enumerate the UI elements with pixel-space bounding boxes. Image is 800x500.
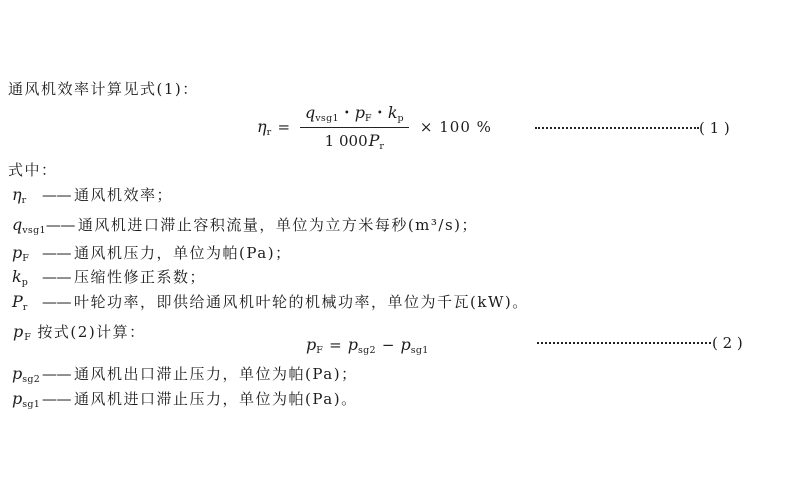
definition-row-eta: ηr——通风机效率； (12, 184, 173, 206)
definition-dash: —— (42, 268, 71, 286)
definition-dash: —— (46, 216, 75, 234)
eq1-lhs-sub: r (267, 127, 272, 138)
eq1-lhs-var: η (257, 117, 267, 136)
symbol-sub: sg1 (22, 399, 40, 410)
definition-text: 通风机压力，单位为帕(Pa)； (74, 244, 292, 262)
eq1-denominator: 1 000Pr (300, 128, 409, 152)
definition-symbol: Pr (12, 292, 42, 313)
eq1-den-var: P (369, 131, 380, 150)
equation-1: ηr = qvsg1•pF•kp 1 000Pr × 100 % (257, 101, 492, 153)
symbol-sub: sg2 (22, 374, 40, 385)
definition-row-pF: pF——通风机压力，单位为帕(Pa)； (12, 242, 292, 264)
eq1-fraction: qvsg1•pF•kp 1 000Pr (300, 103, 409, 152)
eq1-times-percent: × 100 % (420, 118, 492, 136)
multiply-dot-icon: • (344, 108, 350, 119)
symbol-sub: vsg1 (22, 225, 46, 236)
definition-row-kp: kp——压缩性修正系数； (12, 266, 206, 288)
definition-text: 叶轮功率，即供给通风机叶轮的机械功率，单位为千瓦(kW)。 (74, 293, 529, 311)
multiply-dot-icon: • (377, 108, 383, 119)
symbol-var: p (12, 243, 22, 262)
dots-leader-1 (535, 127, 699, 129)
eq2-intro-var: p (13, 322, 24, 341)
symbol-var: η (12, 185, 22, 204)
symbol-var: P (12, 292, 23, 311)
definition-symbol: ηr (12, 185, 42, 206)
definition-symbol: psg2 (12, 364, 42, 385)
eq1-number: ( 1 ) (699, 119, 730, 137)
eq1-num-sub1: vsg1 (315, 113, 339, 124)
symbol-sub: p (22, 277, 28, 288)
symbol-sub: r (23, 302, 28, 313)
where-label: 式中： (8, 159, 58, 180)
eq2-minus: − (382, 336, 395, 354)
eq1-num-var3: k (388, 103, 398, 122)
equation-2: pF=psg2−psg1 (306, 335, 429, 356)
symbol-var: q (12, 215, 22, 234)
eq1-equals: = (277, 118, 290, 136)
document-page: 通风机效率计算见式(1)： ηr = qvsg1•pF•kp 1 000Pr ×… (0, 0, 800, 500)
intro-text: 通风机效率计算见式(1)： (8, 78, 199, 99)
symbol-var: k (12, 267, 22, 286)
definition-symbol: kp (12, 267, 42, 288)
definition-dash: —— (42, 390, 71, 408)
eq1-lhs: ηr (257, 117, 271, 138)
eq1-num-sub2: F (365, 113, 372, 124)
eq2-var1: p (306, 335, 316, 354)
eq2-var2: p (348, 335, 358, 354)
symbol-sub: r (22, 195, 27, 206)
eq1-den-sub: r (379, 141, 384, 152)
definition-text: 通风机出口滞止压力，单位为帕(Pa)； (74, 365, 358, 383)
definition-text: 通风机进口滞止容积流量，单位为立方米每秒(m³/s)； (78, 216, 478, 234)
definition-text: 压缩性修正系数； (74, 268, 206, 286)
definition-dash: —— (42, 244, 71, 262)
definition-symbol: psg1 (12, 389, 42, 410)
symbol-var: p (12, 389, 22, 408)
definition-row-Pr: Pr——叶轮功率，即供给通风机叶轮的机械功率，单位为千瓦(kW)。 (12, 291, 529, 313)
eq1-numerator: qvsg1•pF•kp (300, 103, 409, 128)
eq1-den-coef: 1 000 (325, 132, 368, 150)
eq1-num-var1: q (305, 103, 315, 122)
eq2-number: ( 2 ) (712, 334, 743, 352)
symbol-sub: F (22, 253, 29, 264)
definition-row-psg1: psg1——通风机进口滞止压力，单位为帕(Pa)。 (12, 388, 358, 410)
definition-symbol: pF (12, 243, 42, 264)
definition-row-psg2: psg2——通风机出口滞止压力，单位为帕(Pa)； (12, 363, 358, 385)
eq2-sub1: F (316, 345, 323, 356)
definition-text: 通风机进口滞止压力，单位为帕(Pa)。 (74, 390, 358, 408)
eq2-sub2: sg2 (358, 345, 376, 356)
symbol-var: p (12, 364, 22, 383)
definition-dash: —— (42, 365, 71, 383)
eq2-intro: pF 按式(2)计算： (13, 321, 146, 343)
eq2-sub3: sg1 (411, 345, 429, 356)
definition-symbol: qvsg1 (12, 215, 46, 236)
definition-dash: —— (42, 293, 71, 311)
eq1-num-var2: p (355, 103, 365, 122)
definition-text: 通风机效率； (74, 186, 173, 204)
eq2-intro-text: 按式(2)计算： (31, 323, 146, 341)
eq2-var3: p (400, 335, 410, 354)
eq1-num-sub3: p (398, 113, 404, 124)
eq2-equals: = (329, 336, 342, 354)
definition-dash: —— (42, 186, 71, 204)
dots-leader-2 (537, 342, 711, 344)
definition-row-qvsg1: qvsg1——通风机进口滞止容积流量，单位为立方米每秒(m³/s)； (12, 214, 478, 236)
